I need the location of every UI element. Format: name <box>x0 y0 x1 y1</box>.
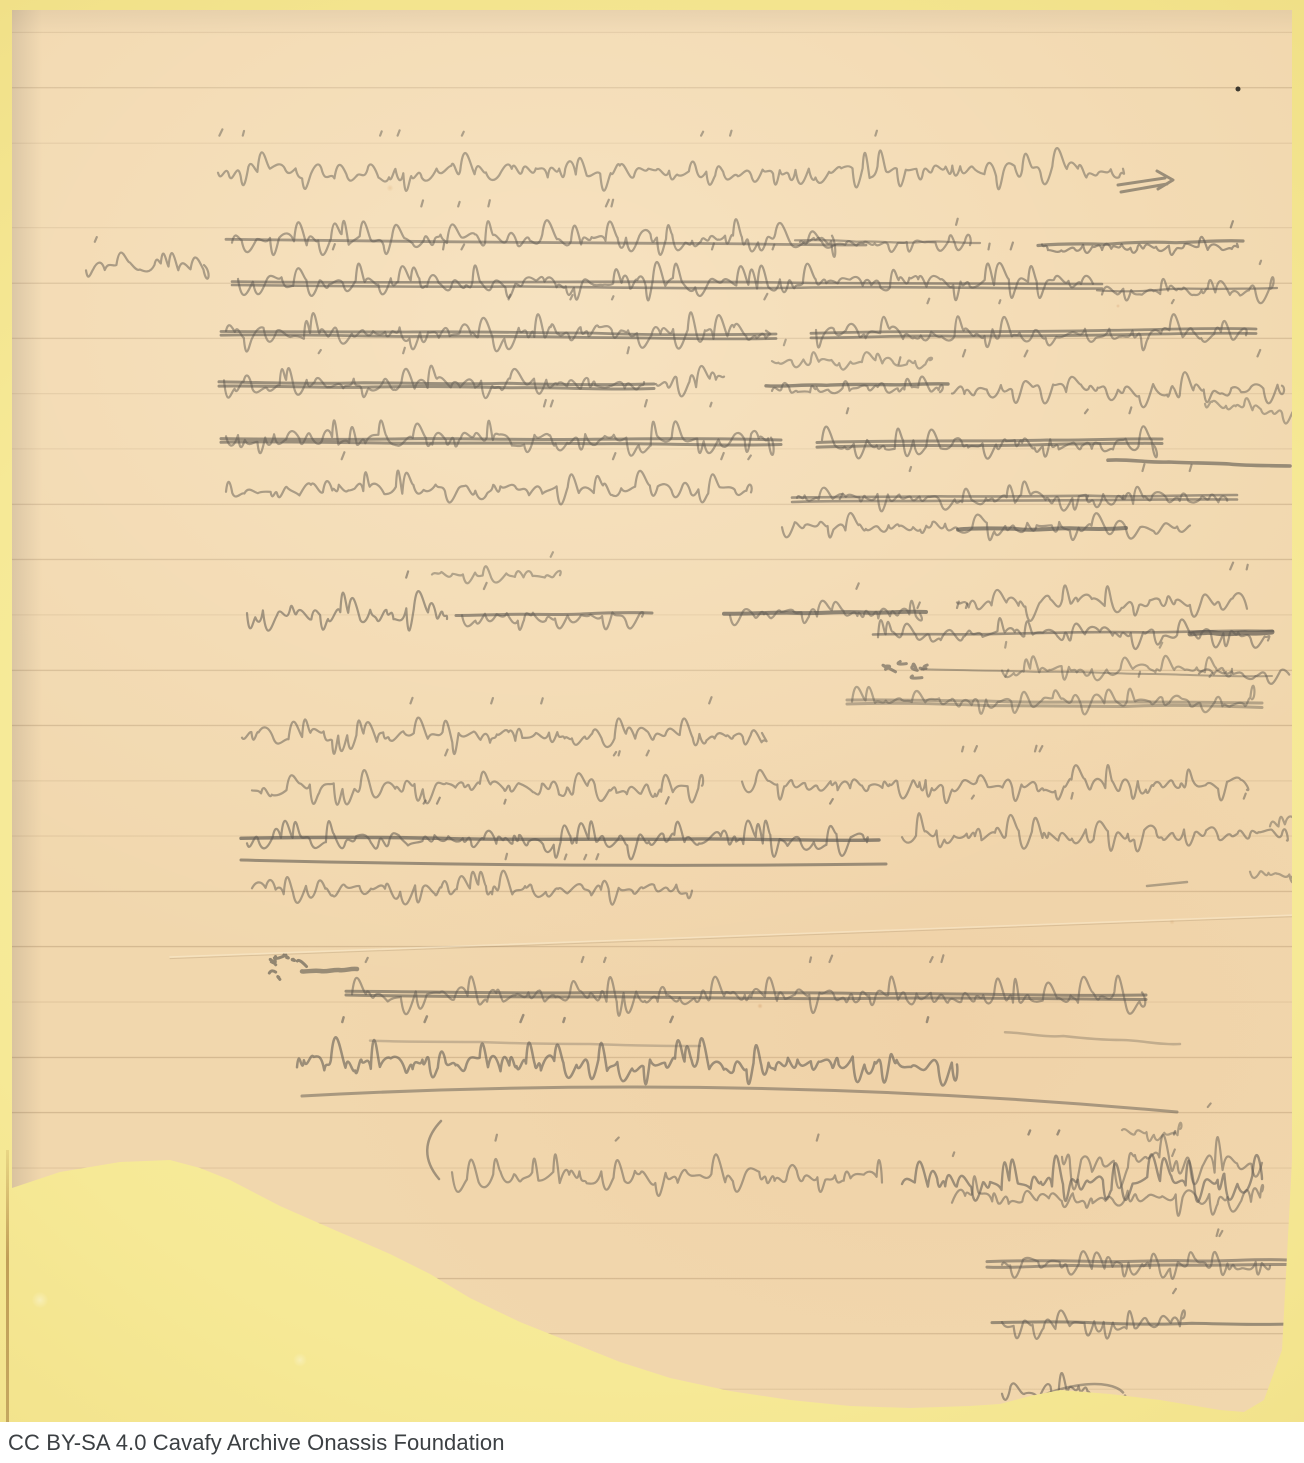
handwriting-stroke <box>878 602 1269 649</box>
handwriting-stroke <box>170 917 1292 959</box>
handwriting-stroke <box>902 793 1288 851</box>
handwriting-stroke <box>452 1135 882 1196</box>
handwriting-stroke <box>462 583 643 630</box>
handwriting-stroke <box>170 915 1292 957</box>
handwriting-stroke <box>302 969 357 972</box>
handwriting-stroke <box>86 237 209 279</box>
handwriting-stroke <box>226 294 770 352</box>
handwriting-stroke <box>816 299 1247 351</box>
handwriting-stroke <box>247 797 868 859</box>
handwriting-stroke <box>987 1260 1287 1268</box>
handwriting-stroke <box>957 563 1248 621</box>
caption-bar: CC BY-SA 4.0 Cavafy Archive Onassis Foun… <box>0 1422 1304 1463</box>
handwriting-stroke <box>742 746 1248 803</box>
handwriting-stroke <box>218 129 1124 191</box>
handwriting-stroke <box>241 860 886 865</box>
handwriting-stroke <box>724 612 926 614</box>
handwriting-stroke <box>238 243 1093 301</box>
handwriting-stroke <box>432 552 561 583</box>
handwriting-stroke <box>797 464 1227 511</box>
handwriting-stroke <box>302 1087 1177 1112</box>
handwriting-stroke <box>902 1131 1262 1202</box>
handwriting-stroke <box>772 340 932 370</box>
handwriting-stroke <box>766 384 948 386</box>
handwriting-stroke <box>297 1015 957 1085</box>
handwriting-stroke <box>1118 171 1173 192</box>
handwriting-stroke <box>1002 1289 1185 1339</box>
handwriting-stroke <box>242 697 767 754</box>
handwriting-stroke <box>1042 221 1238 255</box>
backing-paper-edge-line <box>6 1150 9 1422</box>
handwriting-stroke <box>656 366 724 396</box>
handwriting-stroke <box>817 439 1162 447</box>
handwriting-stroke <box>1250 871 1292 882</box>
handwriting-stroke <box>822 407 1157 458</box>
ink-dot <box>1236 87 1241 92</box>
handwriting-stroke <box>346 991 1146 999</box>
handwriting-stroke <box>232 282 1102 289</box>
handwriting-stroke <box>883 662 927 679</box>
handwriting-stroke <box>232 200 835 257</box>
handwriting-stroke <box>226 452 752 504</box>
handwriting-stroke <box>1190 632 1272 634</box>
handwriting-stroke <box>370 1041 700 1046</box>
license-caption: CC BY-SA 4.0 Cavafy Archive Onassis Foun… <box>0 1432 505 1454</box>
handwriting-stroke <box>1205 398 1292 423</box>
handwriting-stroke <box>730 583 922 625</box>
handwriting-stroke <box>1270 816 1292 826</box>
handwriting-stroke <box>1122 1123 1181 1141</box>
scanned-manuscript-page: CC BY-SA 4.0 Cavafy Archive Onassis Foun… <box>0 0 1304 1463</box>
handwriting-stroke <box>226 239 866 245</box>
handwriting-stroke <box>1147 882 1187 886</box>
handwriting-stroke <box>847 700 1262 708</box>
handwriting-stroke <box>247 571 447 630</box>
handwriting-stroke <box>952 350 1284 407</box>
handwriting-stroke <box>1108 460 1290 466</box>
handwriting-stroke <box>1102 261 1274 303</box>
handwriting-stroke <box>1005 1032 1180 1044</box>
handwriting-stroke <box>427 1121 441 1179</box>
handwriting-stroke <box>226 400 774 456</box>
handwriting-stroke <box>1062 1104 1262 1190</box>
handwriting-stroke <box>800 219 971 252</box>
handwriting-stroke <box>252 750 703 805</box>
handwriting-stroke <box>269 955 306 980</box>
handwriting-stroke <box>1002 1229 1270 1278</box>
handwriting-stroke <box>352 955 1145 1015</box>
handwriting-stroke <box>958 528 1126 530</box>
handwriting-stroke <box>224 347 644 398</box>
